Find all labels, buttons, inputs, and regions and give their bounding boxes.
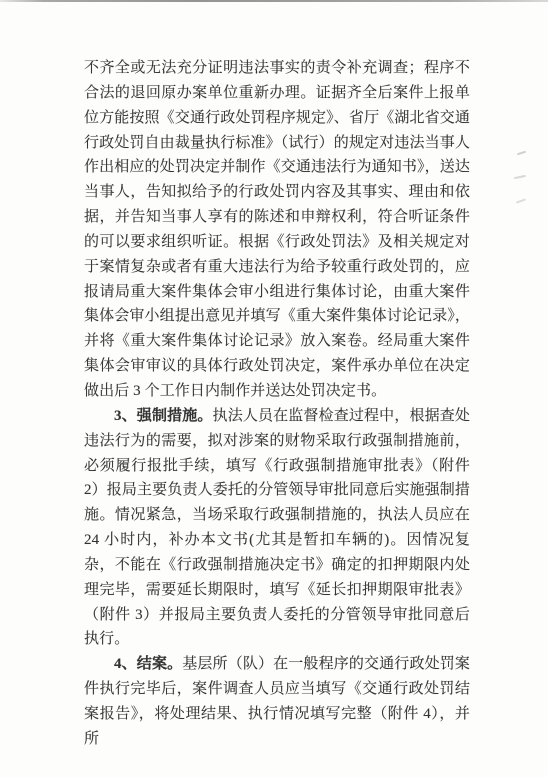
- scan-smudge-mark: [514, 175, 526, 179]
- paragraph-item-3-coercive-measures: 3、强制措施。执法人员在监督检查过程中，根据查处违法行为的需要，拟对涉案的财物采…: [84, 404, 470, 652]
- document-text-block: 不齐全或无法充分证明违法事实的责令补充调查；程序不合法的退回原办案单位重新办理。…: [84, 56, 470, 752]
- paragraph-lead-bold: 3、强制措施。: [114, 408, 213, 424]
- paragraph-body-text: 执法人员在监督检查过程中，根据查处违法行为的需要，拟对涉案的财物采取行政强制措施…: [84, 408, 470, 648]
- paragraph-continuation: 不齐全或无法充分证明违法事实的责令补充调查；程序不合法的退回原办案单位重新办理。…: [84, 56, 470, 404]
- scan-edge-artifact: [0, 0, 548, 2]
- scan-smudge-mark: [517, 151, 526, 156]
- paragraph-item-4-case-closing: 4、结案。基层所（队）在一般程序的交通行政处罚案件执行完毕后，案件调查人员应当填…: [84, 652, 470, 751]
- paragraph-body-text: 不齐全或无法充分证明违法事实的责令补充调查；程序不合法的退回原办案单位重新办理。…: [84, 60, 470, 399]
- paragraph-lead-bold: 4、结案。: [114, 656, 182, 672]
- scanned-document-page: 不齐全或无法充分证明违法事实的责令补充调查；程序不合法的退回原办案单位重新办理。…: [0, 0, 548, 777]
- scan-smudge-mark: [516, 198, 526, 203]
